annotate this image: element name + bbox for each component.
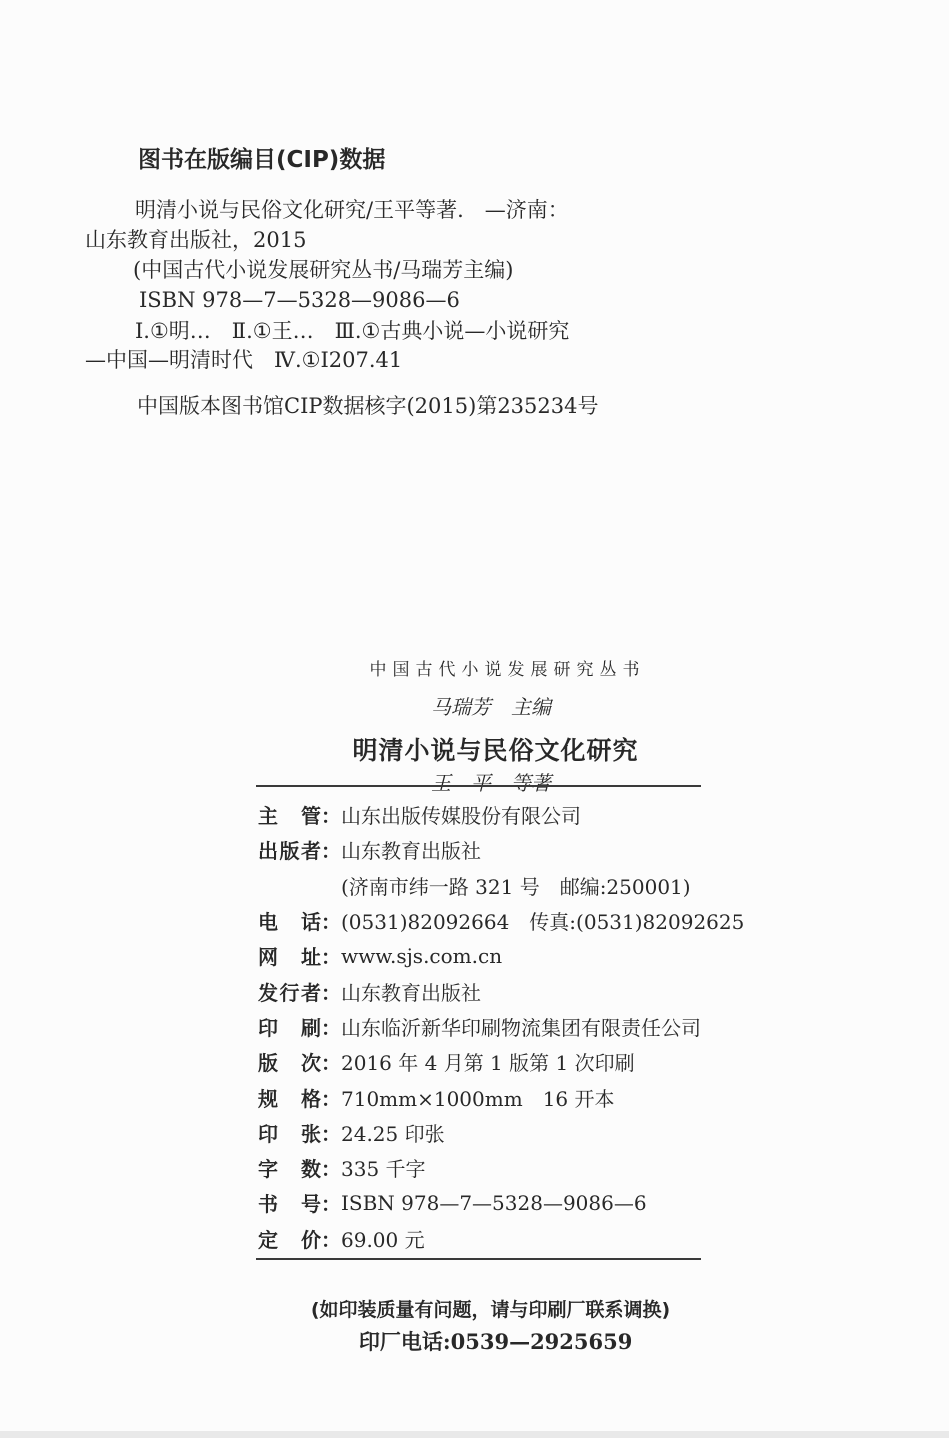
cip-classification-line-2: —中国—明清时代 Ⅳ.①I207.41 (85, 348, 402, 373)
colophon-row-label: 出版者 (258, 835, 321, 864)
colophon-row-value: 2016 年 4 月第 1 版第 1 次印刷 (341, 1047, 635, 1076)
colophon-row-value: 山东临沂新华印刷物流集团有限责任公司 (341, 1012, 701, 1041)
colophon-row-value: ISBN 978—7—5328—9086—6 (341, 1191, 647, 1215)
colophon-row-colon: ： (321, 1118, 341, 1147)
colophon-row-label: 印刷 (258, 1012, 321, 1041)
colophon-row-value: 山东教育出版社 (341, 977, 481, 1006)
book-copyright-page: 图书在版编目(CIP)数据 明清小说与民俗文化研究/王平等著. —济南： 山东教… (0, 0, 949, 1438)
page-bottom-edge (0, 1431, 949, 1438)
colophon-row-value: 710mm×1000mm 16 开本 (341, 1083, 615, 1112)
colophon-row-value: 山东教育出版社 (341, 835, 481, 864)
book-authors-text: 王 平 等著 (431, 771, 551, 795)
colophon-row: 出版者：山东教育出版社 (258, 832, 744, 867)
colophon-row-label: 版次 (258, 1047, 321, 1076)
colophon-row-colon: ： (321, 1188, 341, 1217)
colophon-row-colon: ： (321, 835, 341, 864)
colophon-row-colon: ： (321, 1047, 341, 1076)
colophon-row-label: 网址 (258, 941, 321, 970)
colophon-rows: 主管：山东出版传媒股份有限公司出版者：山东教育出版社(济南市纬一路 321 号 … (258, 797, 744, 1256)
colophon-row-label: 规格 (258, 1083, 321, 1112)
colophon-row: 版次：2016 年 4 月第 1 版第 1 次印刷 (258, 1044, 744, 1079)
colophon-row-value: 335 千字 (341, 1153, 426, 1182)
colophon-row-label: 定价 (258, 1224, 321, 1253)
colophon-row-value: 24.25 印张 (341, 1118, 445, 1147)
colophon-row-colon: ： (321, 1012, 341, 1041)
cip-classification-line-1: Ⅰ.①明… Ⅱ.①王… Ⅲ.①古典小说—小说研究 (135, 319, 569, 344)
cip-record-line-2: 山东教育出版社，2015 (85, 228, 306, 253)
colophon-row: (济南市纬一路 321 号 邮编:250001) (258, 868, 744, 903)
colophon-row: 主管：山东出版传媒股份有限公司 (258, 797, 744, 832)
colophon-row-colon: ： (321, 800, 341, 829)
cip-record-line-3: (中国古代小说发展研究丛书/马瑞芳主编) (133, 258, 513, 283)
colophon-row: 字数：335 千字 (258, 1150, 744, 1185)
cip-header: 图书在版编目(CIP)数据 (138, 147, 385, 175)
colophon-row: 发行者：山东教育出版社 (258, 973, 744, 1008)
cip-record-line-1: 明清小说与民俗文化研究/王平等著. —济南： (135, 198, 569, 223)
colophon-row-colon: ： (321, 977, 341, 1006)
colophon-row-colon: ： (321, 1224, 341, 1253)
colophon-row-label: 印张 (258, 1118, 321, 1147)
colophon-row: 定价：69.00 元 (258, 1221, 744, 1256)
cip-record-isbn: ISBN 978—7—5328—9086—6 (139, 288, 460, 313)
colophon-row-label: 主管 (258, 800, 321, 829)
colophon-row: 印刷：山东临沂新华印刷物流集团有限责任公司 (258, 1009, 744, 1044)
colophon-row-value: 69.00 元 (341, 1224, 425, 1253)
colophon-row-label: 书号 (258, 1188, 321, 1217)
colophon-row-colon: ： (321, 1083, 341, 1112)
colophon-row-value: 山东出版传媒股份有限公司 (341, 800, 581, 829)
cip-registry-number: 中国版本图书馆CIP数据核字(2015)第235234号 (137, 394, 599, 419)
colophon-row-value: (0531)82092664 传真:(0531)82092625 (341, 906, 744, 935)
colophon-row: 书号：ISBN 978—7—5328—9086—6 (258, 1185, 744, 1220)
colophon-row-colon: ： (321, 941, 341, 970)
colophon-row: 印张：24.25 印张 (258, 1115, 744, 1150)
colophon-row: 规格：710mm×1000mm 16 开本 (258, 1079, 744, 1114)
colophon-row-value: www.sjs.com.cn (341, 944, 502, 968)
colophon-row: 网址：www.sjs.com.cn (258, 938, 744, 973)
printer-phone-text: 印厂电话:0539—2925659 (359, 1329, 632, 1354)
colophon-row-label: 电话 (258, 906, 321, 935)
divider-top-rule (256, 785, 701, 787)
colophon-row-colon: ： (321, 906, 341, 935)
colophon-row-colon: ： (321, 1153, 341, 1182)
divider-bottom-rule (256, 1258, 701, 1260)
colophon-row-label: 字数 (258, 1153, 321, 1182)
colophon-row: 电话：(0531)82092664 传真:(0531)82092625 (258, 903, 744, 938)
colophon-row-label: 发行者 (258, 977, 321, 1006)
colophon-row-value: (济南市纬一路 321 号 邮编:250001) (341, 871, 691, 900)
printer-phone: 印厂电话:0539—2925659 (256, 1304, 706, 1380)
